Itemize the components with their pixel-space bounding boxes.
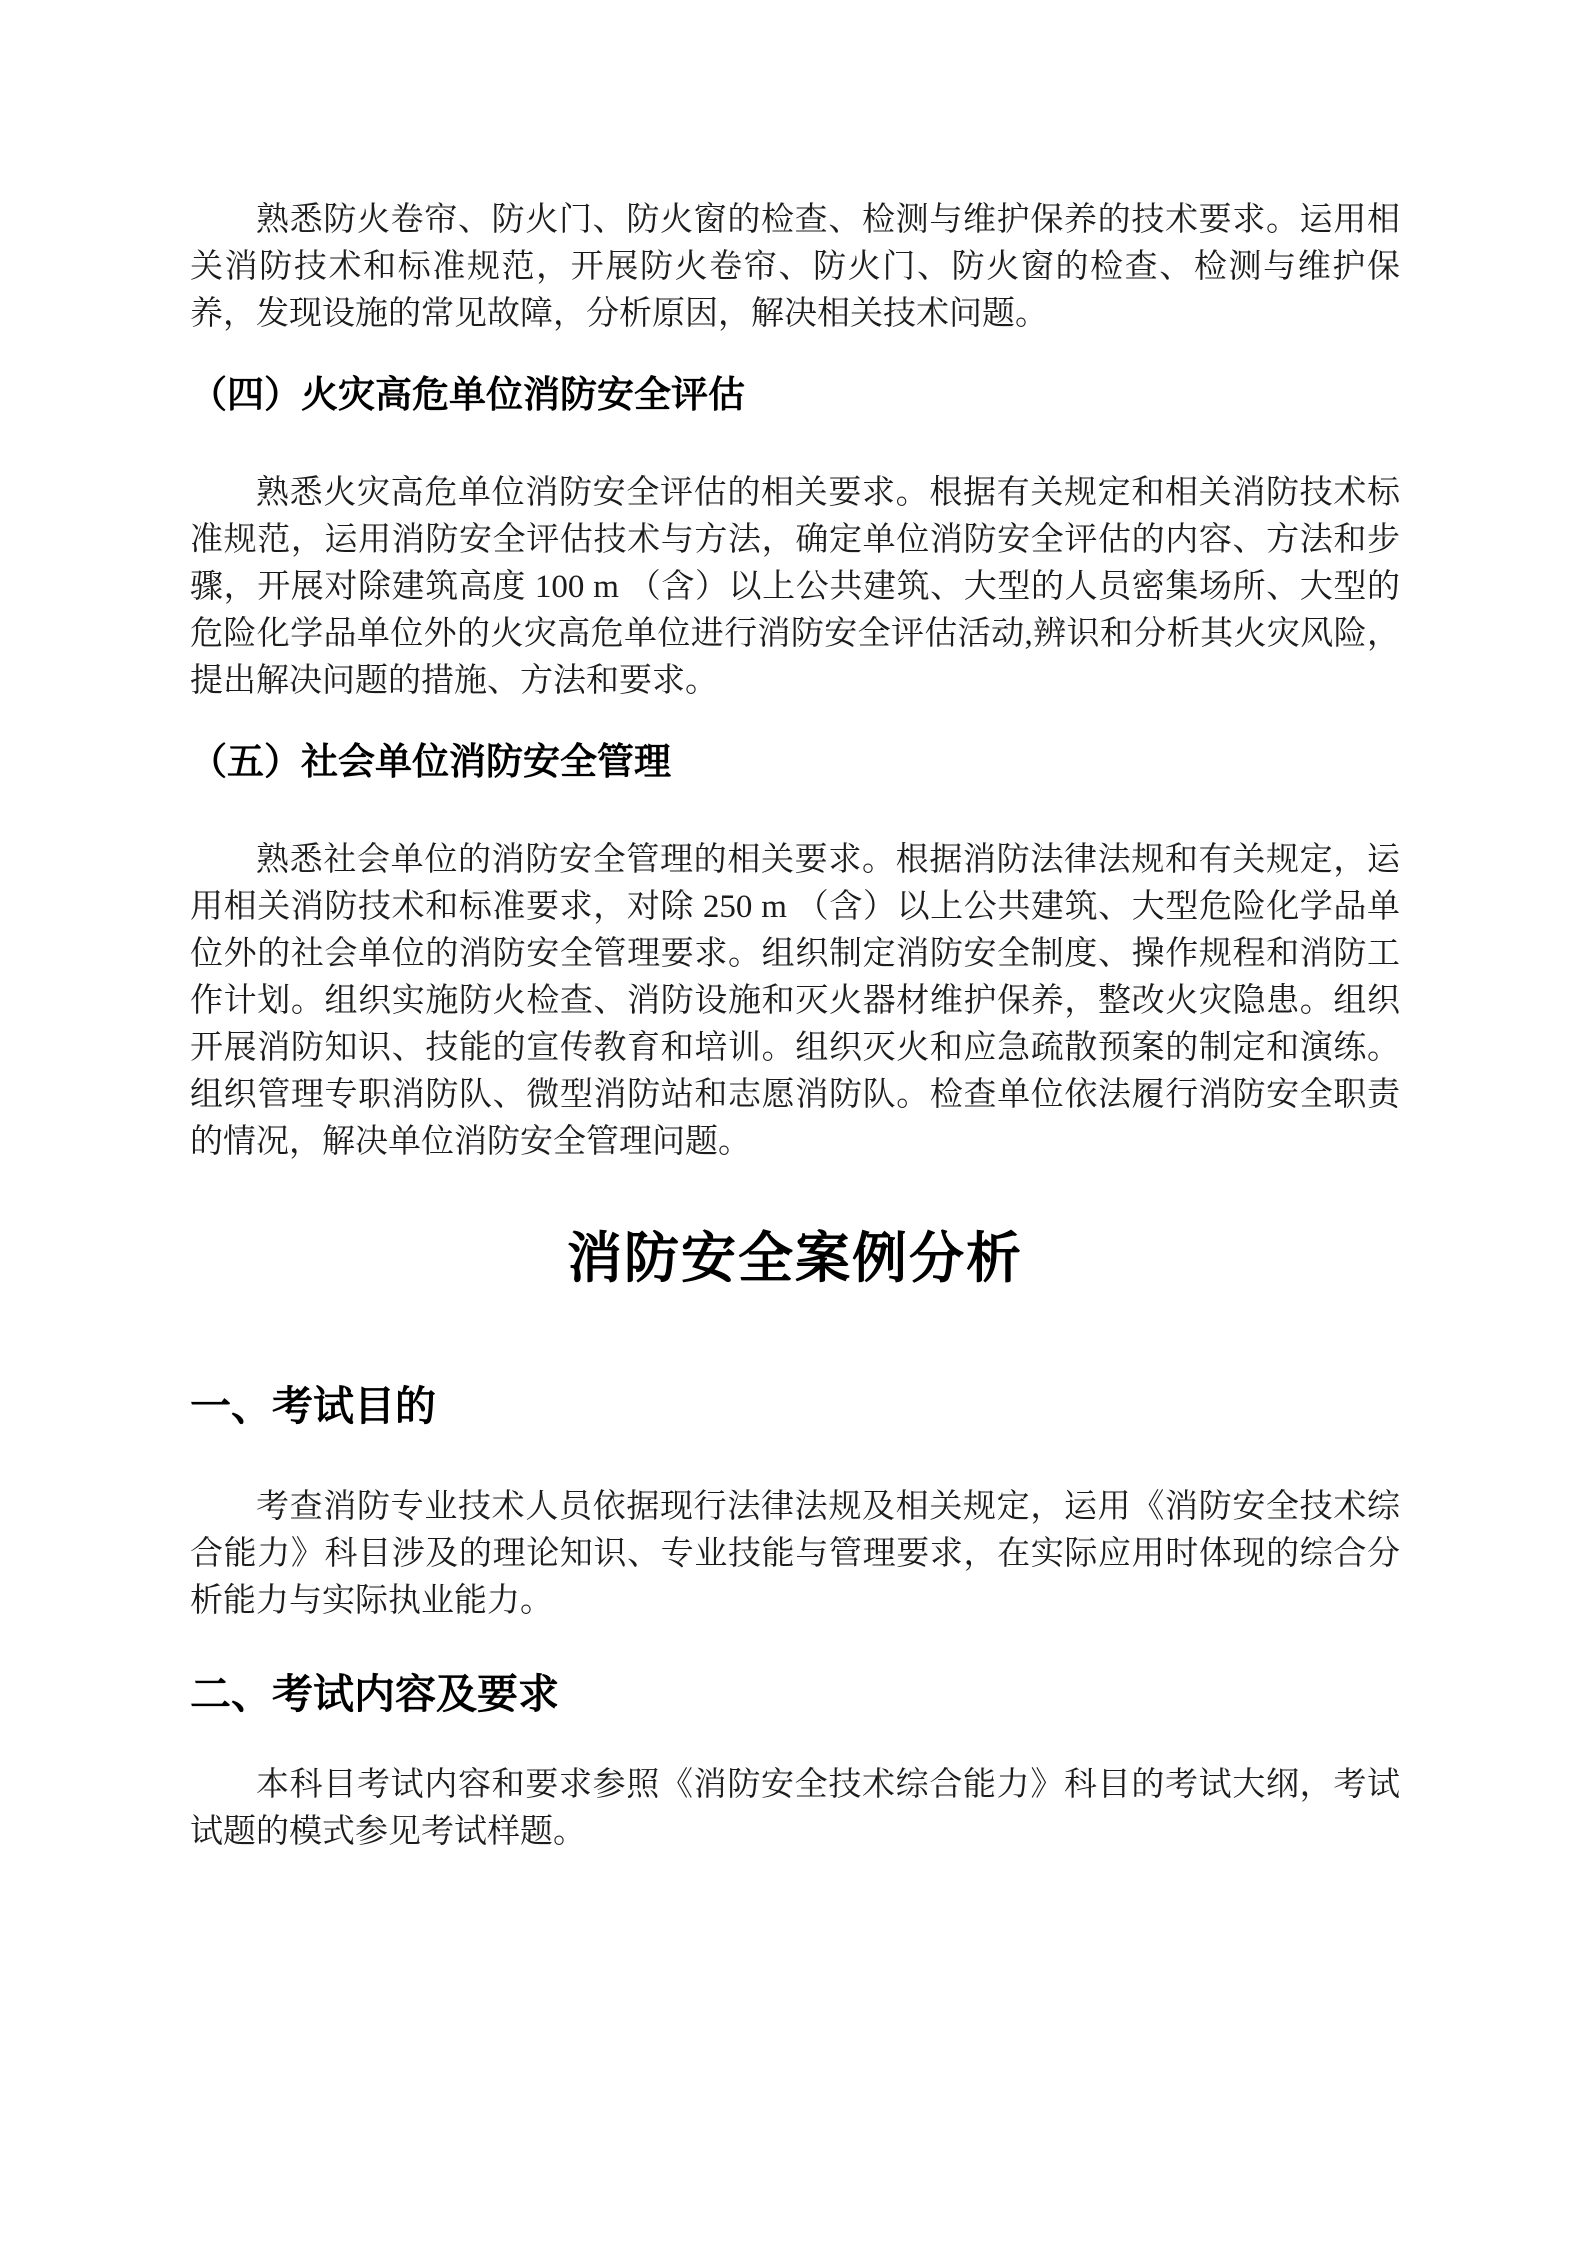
paragraph-section-four-body: 熟悉火灾高危单位消防安全评估的相关要求。根据有关规定和相关消防技术标准规范，运用… (190, 470, 1400, 705)
heading-exam-content-requirements: 二、考试内容及要求 (190, 1669, 1400, 1720)
paragraph-fire-shutter-requirements: 熟悉防火卷帘、防火门、防火窗的检查、检测与维护保养的技术要求。运用相关消防技术和… (190, 197, 1400, 338)
heading-section-four-fire-risk-assessment: （四）火灾高危单位消防安全评估 (190, 372, 1400, 418)
heading-section-five-social-unit-management: （五）社会单位消防安全管理 (190, 739, 1400, 785)
paragraph-exam-content-body: 本科目考试内容和要求参照《消防安全技术综合能力》科目的考试大纲，考试试题的模式参… (190, 1762, 1400, 1856)
document-page: 熟悉防火卷帘、防火门、防火窗的检查、检测与维护保养的技术要求。运用相关消防技术和… (0, 0, 1587, 2245)
paragraph-section-five-body: 熟悉社会单位的消防安全管理的相关要求。根据消防法律法规和有关规定，运用相关消防技… (190, 837, 1400, 1166)
heading-exam-purpose: 一、考试目的 (190, 1381, 1400, 1432)
chapter-title-case-analysis: 消防安全案例分析 (190, 1224, 1400, 1293)
paragraph-exam-purpose-body: 考查消防专业技术人员依据现行法律法规及相关规定，运用《消防安全技术综合能力》科目… (190, 1484, 1400, 1625)
